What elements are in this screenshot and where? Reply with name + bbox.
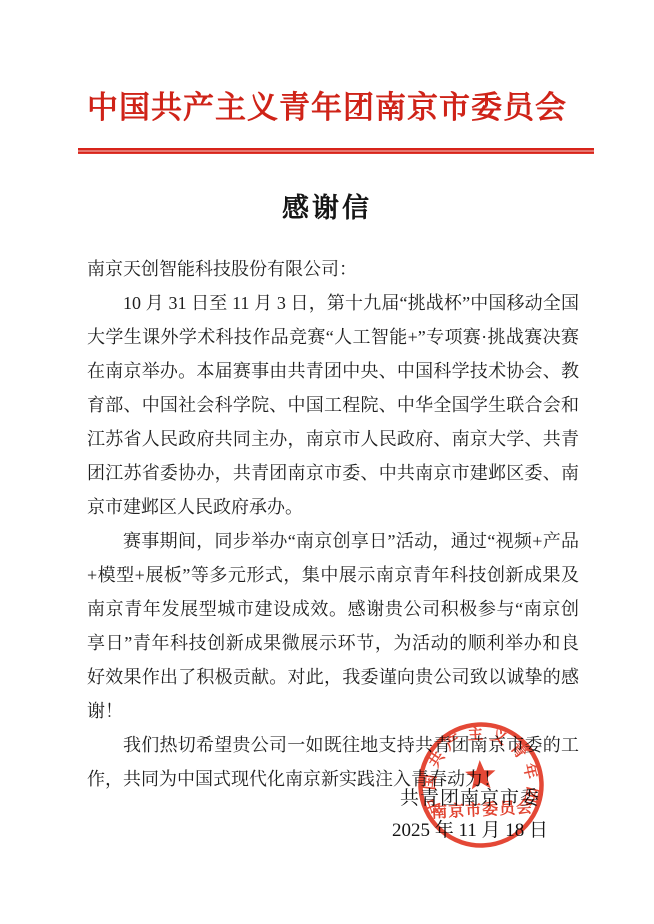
- document-title: 感谢信: [0, 186, 654, 225]
- signature-org: 共青团南京市委: [400, 783, 540, 810]
- signature-date: 2025 年 11 月 18 日: [392, 815, 548, 842]
- letterhead-title: 中国共产主义青年团南京市委员会: [0, 82, 654, 127]
- salutation: 南京天创智能科技股份有限公司：: [87, 252, 579, 286]
- letter-page: 中国共产主义青年团南京市委员会 感谢信 南京天创智能科技股份有限公司： 10 月…: [0, 0, 654, 924]
- paragraph-2: 赛事期间，同步举办“南京创享日”活动，通过“视频+产品+模型+展板”等多元形式，…: [87, 524, 579, 728]
- paragraph-1: 10 月 31 日至 11 月 3 日，第十九届“挑战杯”中国移动全国大学生课外…: [87, 286, 579, 524]
- letter-body: 南京天创智能科技股份有限公司： 10 月 31 日至 11 月 3 日，第十九届…: [87, 252, 579, 796]
- letterhead-divider: [78, 148, 594, 154]
